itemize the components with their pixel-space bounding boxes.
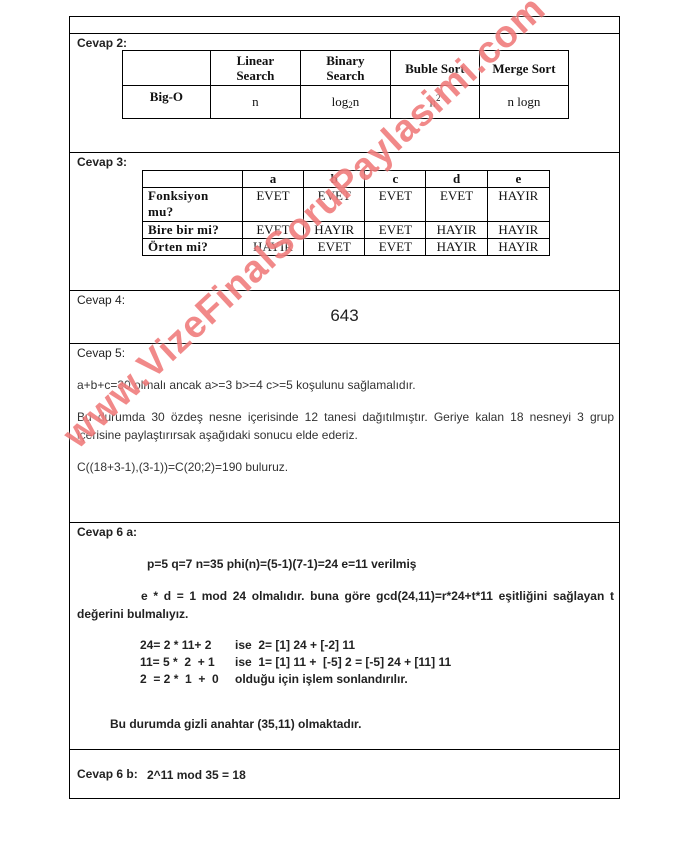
table-row: Örten mi? HAYIR EVET EVET HAYIR HAYIR	[143, 239, 550, 256]
table-cell: EVET	[242, 222, 303, 239]
answer-sheet: Cevap 2: LinearSearch BinarySearch Buble…	[69, 16, 620, 799]
euclid-step-left: 24= 2 * 11+ 2	[140, 638, 211, 652]
table-cell: EVET	[426, 188, 487, 222]
table-cell: EVET	[365, 239, 426, 256]
column-header: b	[304, 171, 365, 188]
section-cevap-2: Cevap 2: LinearSearch BinarySearch Buble…	[70, 33, 619, 153]
table-cell: log2n	[300, 86, 390, 119]
euclid-step-left: 2 = 2 * 1 + 0	[140, 672, 219, 686]
table-cell: EVET	[242, 188, 303, 222]
given-values: p=5 q=7 n=35 phi(n)=(5-1)(7-1)=24 e=11 v…	[147, 555, 416, 573]
section-label: Cevap 3:	[77, 155, 127, 169]
table-row: Fonksiyonmu? EVET EVET EVET EVET HAYIR	[143, 188, 550, 222]
section-cevap-3: Cevap 3: a b c d e Fonksiyonmu? EVET EVE…	[70, 152, 619, 291]
table-cell: n	[210, 86, 300, 119]
table-cell: EVET	[304, 188, 365, 222]
table-cell: n2	[390, 86, 479, 119]
column-header: Merge Sort	[479, 51, 568, 86]
explanation-text: Bu durumda 30 özdeş nesne içerisinde 12 …	[77, 408, 614, 444]
table-cell: HAYIR	[487, 239, 549, 256]
row-header: Örten mi?	[143, 239, 243, 256]
table-cell: HAYIR	[426, 239, 487, 256]
table-cell: HAYIR	[487, 188, 549, 222]
row-header: Fonksiyonmu?	[143, 188, 243, 222]
table-cell: HAYIR	[304, 222, 365, 239]
result-text: C((18+3-1),(3-1))=C(20;2)=190 buluruz.	[77, 458, 288, 476]
answer-value: 2^11 mod 35 = 18	[147, 766, 246, 784]
euclid-step-right: ise 2= [1] 24 + [-2] 11	[235, 638, 355, 652]
table-cell: EVET	[365, 222, 426, 239]
euclid-step-right: olduğu için işlem sonlandırılır.	[235, 672, 408, 686]
empty-header-cell	[143, 171, 243, 188]
table-cell: HAYIR	[242, 239, 303, 256]
column-header: LinearSearch	[210, 51, 300, 86]
section-cevap-6b: Cevap 6 b: 2^11 mod 35 = 18	[70, 749, 619, 799]
section-label: Cevap 6 b:	[77, 767, 138, 781]
column-header: Buble Sort	[390, 51, 479, 86]
row-header: Bire bir mi?	[143, 222, 243, 239]
column-header: BinarySearch	[300, 51, 390, 86]
row-header: Big-O	[123, 86, 211, 119]
section-cevap-5: Cevap 5: a+b+c=30 olmalı ancak a>=3 b>=4…	[70, 343, 619, 523]
big-o-table: LinearSearch BinarySearch Buble Sort Mer…	[122, 50, 569, 119]
table-cell: HAYIR	[426, 222, 487, 239]
column-header: d	[426, 171, 487, 188]
table-cell: HAYIR	[487, 222, 549, 239]
answer-value: 643	[70, 307, 619, 325]
section-cevap-4: Cevap 4: 643	[70, 290, 619, 344]
section-label: Cevap 5:	[77, 346, 125, 360]
table-cell: EVET	[304, 239, 365, 256]
table-cell: n logn	[479, 86, 568, 119]
section-label: Cevap 6 a:	[77, 525, 137, 539]
column-header: c	[365, 171, 426, 188]
conclusion-text: Bu durumda gizli anahtar (35,11) olmakta…	[110, 715, 361, 733]
section-cevap-6a: Cevap 6 a: p=5 q=7 n=35 phi(n)=(5-1)(7-1…	[70, 522, 619, 750]
euclid-step-right: ise 1= [1] 11 + [-5] 2 = [-5] 24 + [11] …	[235, 655, 451, 669]
constraint-text: a+b+c=30 olmalı ancak a>=3 b>=4 c>=5 koş…	[77, 376, 416, 394]
column-header: a	[242, 171, 303, 188]
table-row: Bire bir mi? EVET HAYIR EVET HAYIR HAYIR	[143, 222, 550, 239]
column-header: e	[487, 171, 549, 188]
table-cell: EVET	[365, 188, 426, 222]
section-label: Cevap 4:	[77, 293, 125, 307]
empty-header-cell	[123, 51, 211, 86]
section-label: Cevap 2:	[77, 36, 127, 50]
function-properties-table: a b c d e Fonksiyonmu? EVET EVET EVET EV…	[142, 170, 550, 256]
euclid-step-left: 11= 5 * 2 + 1	[140, 655, 215, 669]
gcd-explanation: e * d = 1 mod 24 olmalıdır. buna göre gc…	[77, 587, 614, 623]
